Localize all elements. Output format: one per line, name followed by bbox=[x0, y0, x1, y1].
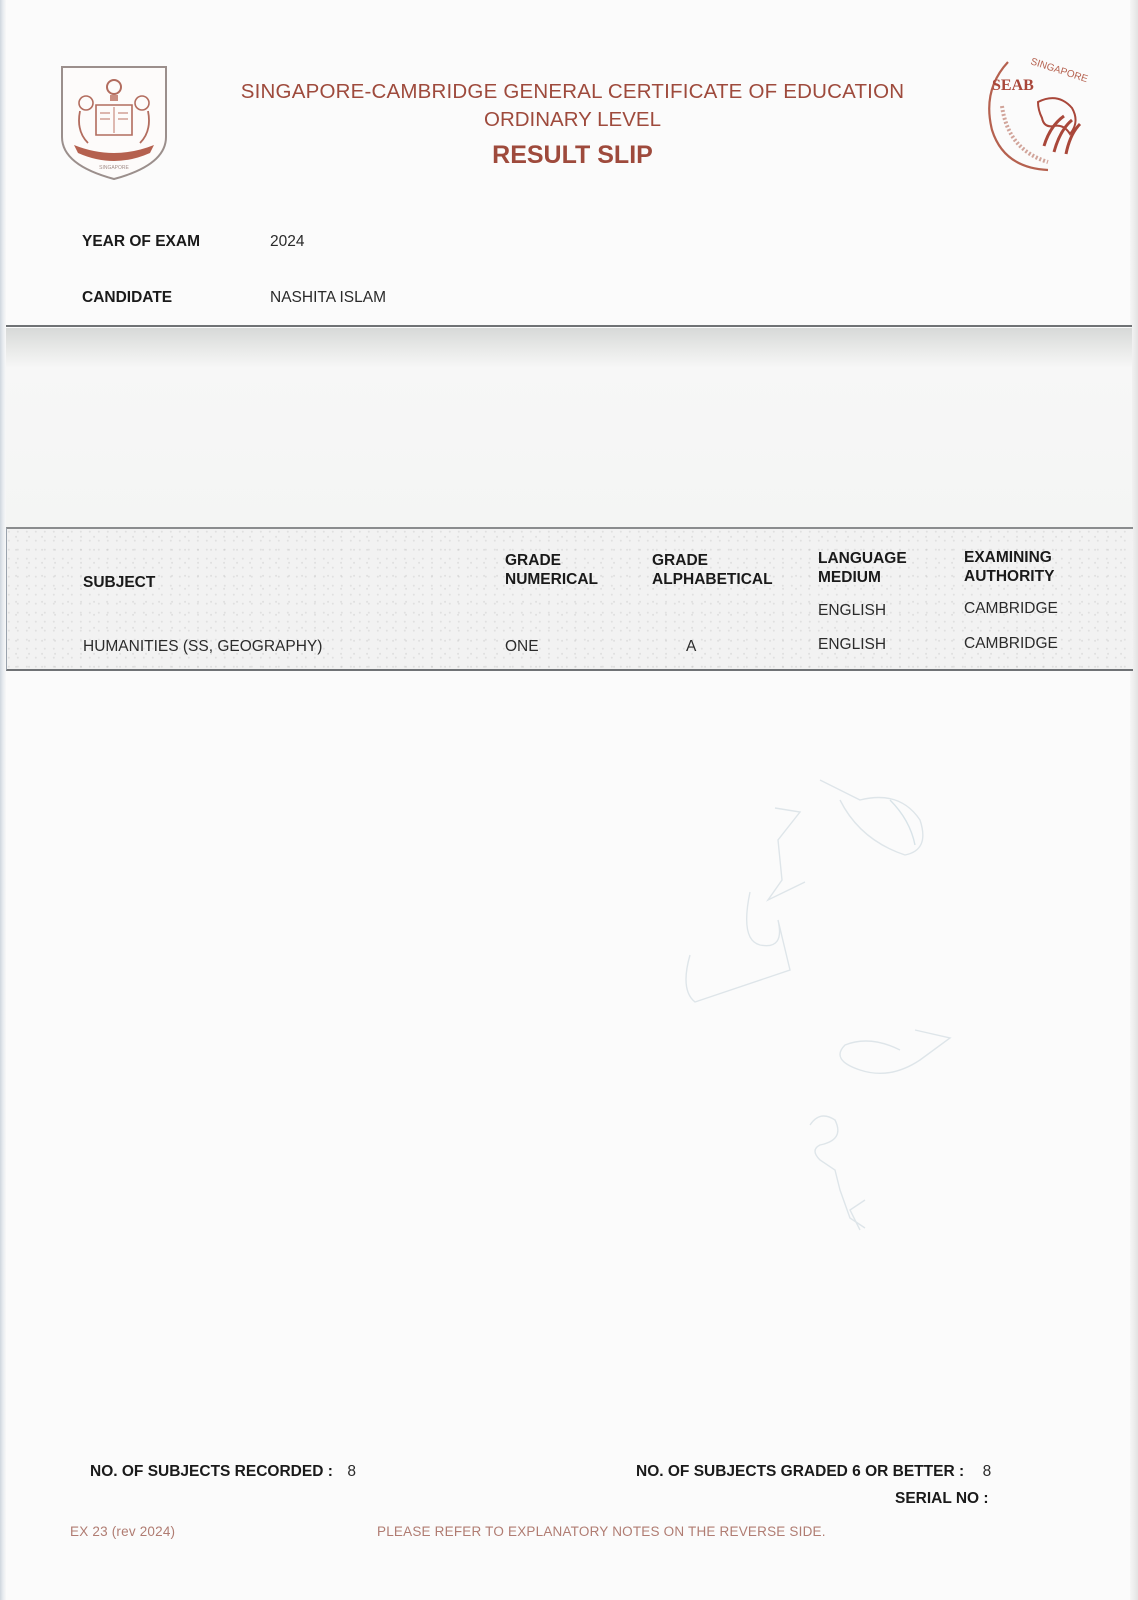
serial-no-label: SERIAL NO : bbox=[895, 1490, 989, 1507]
candidate-name-value: NASHITA ISLAM bbox=[270, 289, 386, 307]
cell-examining-authority: CAMBRIDGE bbox=[964, 600, 1058, 618]
header-grade-numerical-line2: NUMERICAL bbox=[505, 570, 598, 589]
document-title-result-slip: RESULT SLIP bbox=[0, 141, 1138, 170]
subjects-graded-value: 8 bbox=[983, 1463, 992, 1480]
blank-panel bbox=[6, 368, 1132, 528]
header-grade-numerical: GRADE NUMERICAL bbox=[505, 551, 598, 589]
header-language-medium: LANGUAGE MEDIUM bbox=[818, 549, 907, 587]
year-of-exam-value: 2024 bbox=[270, 233, 304, 251]
subjects-recorded-value: 8 bbox=[347, 1463, 356, 1480]
subjects-graded-6-or-better: NO. OF SUBJECTS GRADED 6 OR BETTER : 8 bbox=[636, 1463, 991, 1481]
section-divider bbox=[6, 325, 1132, 327]
subjects-recorded-label: NO. OF SUBJECTS RECORDED : bbox=[90, 1463, 333, 1480]
header-subject: SUBJECT bbox=[83, 573, 155, 592]
cell-grade-numerical: ONE bbox=[505, 638, 539, 656]
header-examining-authority-line1: EXAMINING bbox=[964, 548, 1054, 567]
form-code: EX 23 (rev 2024) bbox=[70, 1524, 175, 1539]
shadow-band bbox=[6, 328, 1132, 368]
subjects-recorded: NO. OF SUBJECTS RECORDED : 8 bbox=[90, 1463, 356, 1481]
header-examining-authority: EXAMINING AUTHORITY bbox=[964, 548, 1054, 586]
header-grade-numerical-line1: GRADE bbox=[505, 551, 598, 570]
serial-number: SERIAL NO : bbox=[895, 1490, 999, 1508]
document-title-line-2: ORDINARY LEVEL bbox=[0, 108, 1138, 132]
header-grade-alphabetical-line1: GRADE bbox=[652, 551, 773, 570]
cell-language-medium: ENGLISH bbox=[818, 636, 886, 654]
cell-subject: HUMANITIES (SS, GEOGRAPHY) bbox=[83, 638, 322, 656]
document-title-line-1: SINGAPORE-CAMBRIDGE GENERAL CERTIFICATE … bbox=[0, 80, 1138, 104]
signature-scribble bbox=[660, 740, 980, 1240]
cell-examining-authority: CAMBRIDGE bbox=[964, 635, 1058, 653]
header-language-medium-line1: LANGUAGE bbox=[818, 549, 907, 568]
header-grade-alphabetical: GRADE ALPHABETICAL bbox=[652, 551, 773, 589]
cell-language-medium: ENGLISH bbox=[818, 602, 886, 620]
cell-grade-alphabetical: A bbox=[686, 638, 696, 656]
page-right-edge bbox=[1130, 0, 1138, 1600]
header-grade-alphabetical-line2: ALPHABETICAL bbox=[652, 570, 773, 589]
header-examining-authority-line2: AUTHORITY bbox=[964, 567, 1054, 586]
candidate-label: CANDIDATE bbox=[82, 289, 172, 307]
year-of-exam-label: YEAR OF EXAM bbox=[82, 233, 200, 251]
page-left-edge bbox=[0, 0, 6, 1600]
subjects-graded-label: NO. OF SUBJECTS GRADED 6 OR BETTER : bbox=[636, 1463, 964, 1480]
header-language-medium-line2: MEDIUM bbox=[818, 568, 907, 587]
explanatory-note: PLEASE REFER TO EXPLANATORY NOTES ON THE… bbox=[377, 1524, 826, 1539]
